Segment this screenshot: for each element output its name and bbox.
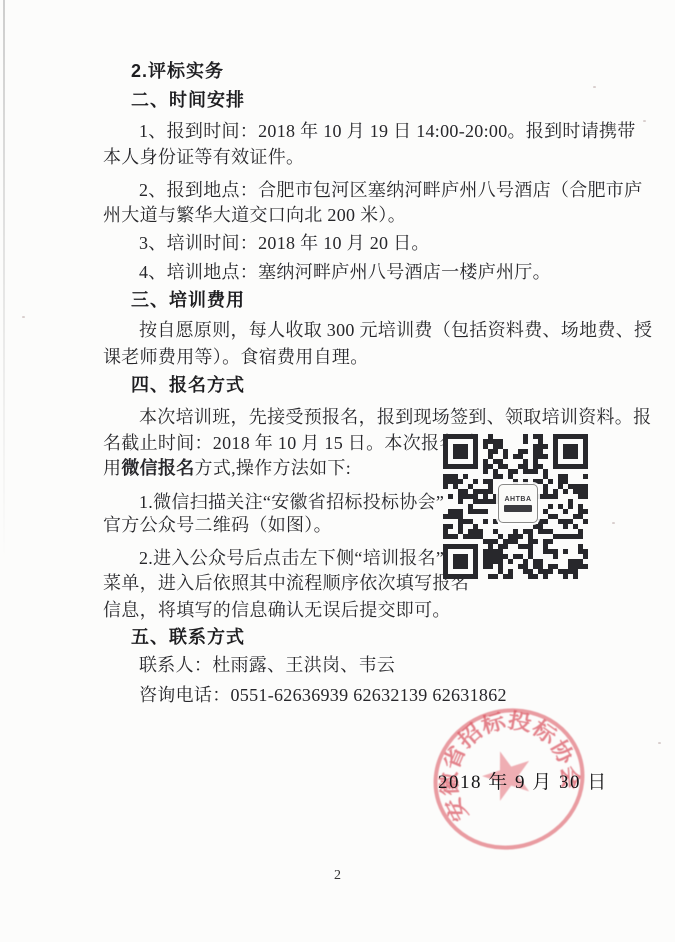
doc-line-checkin-place: 2、报到地点：合肥市包河区塞纳河畔庐州八号酒店（合肥市庐 [139,179,642,201]
doc-line-step1-b: 官方公众号二维码（如图）。 [103,514,332,536]
doc-line-training-time: 3、培训时间：2018 年 10 月 20 日。 [139,232,430,254]
scan-speck [658,742,661,744]
doc-line-signup-2: 名截止时间：2018 年 10 月 15 日。本次报名采 [103,432,476,454]
scan-edge-line [3,0,5,560]
section-heading-pingbiao: 2.评标实务 [131,60,224,82]
section-heading-signup: 四、报名方式 [131,374,245,396]
qr-code: AHTBA [443,434,588,579]
wechat-bold: 微信报名 [121,458,194,478]
seal-date: 2018 年 9 月 30 日 [438,767,608,794]
wechat-pre: 用 [103,458,121,478]
doc-line-signup-wechat: 用微信报名方式,操作方法如下: [103,457,351,479]
doc-line-contacts: 联系人：杜雨露、王洪岗、韦云 [139,654,395,676]
doc-line-fee-2: 课老师费用等）。食宿费用自理。 [103,346,369,368]
section-heading-fee: 三、培训费用 [131,289,245,311]
doc-line-step2-a: 2.进入公众号后点击左下侧“培训报名” [139,547,444,569]
scan-speck [612,522,615,524]
section-heading-time: 二、时间安排 [131,89,245,111]
section-heading-contact: 五、联系方式 [131,626,245,648]
doc-line-step1-a: 1.微信扫描关注“安徽省招标投标协会” [139,491,444,513]
page-number: 2 [0,868,675,884]
qr-label-bar [504,505,532,512]
doc-line-fee-1: 按自愿原则，每人收取 300 元培训费（包括资料费、场地费、授 [139,319,652,341]
doc-line-step2-c: 信息，将填写的信息确认无误后提交即可。 [103,599,451,621]
doc-line-id-card: 本人身份证等有效证件。 [103,146,304,168]
wechat-post: 方式,操作方法如下: [195,458,352,478]
doc-line-address-wrap: 州大道与繁华大道交口向北 200 米）。 [103,204,406,226]
scan-speck [22,316,25,318]
scan-speck [593,86,596,88]
scanned-document-page: 2.评标实务 二、时间安排 1、报到时间：2018 年 10 月 19 日 14… [0,0,675,942]
doc-line-signup-1: 本次培训班，先接受预报名，报到现场签到、领取培训资料。报 [139,406,651,428]
doc-line-checkin-time: 1、报到时间：2018 年 10 月 19 日 14:00-20:00。报到时请… [139,120,636,142]
scan-speck [643,120,646,122]
qr-center-label: AHTBA [498,484,538,523]
doc-line-step2-b: 菜单，进入后依照其中流程顺序依次填写报名 [103,572,469,594]
doc-line-training-place: 4、培训地点：塞纳河畔庐州八号酒店一楼庐州厅。 [139,261,551,283]
qr-label-text: AHTBA [505,496,532,503]
